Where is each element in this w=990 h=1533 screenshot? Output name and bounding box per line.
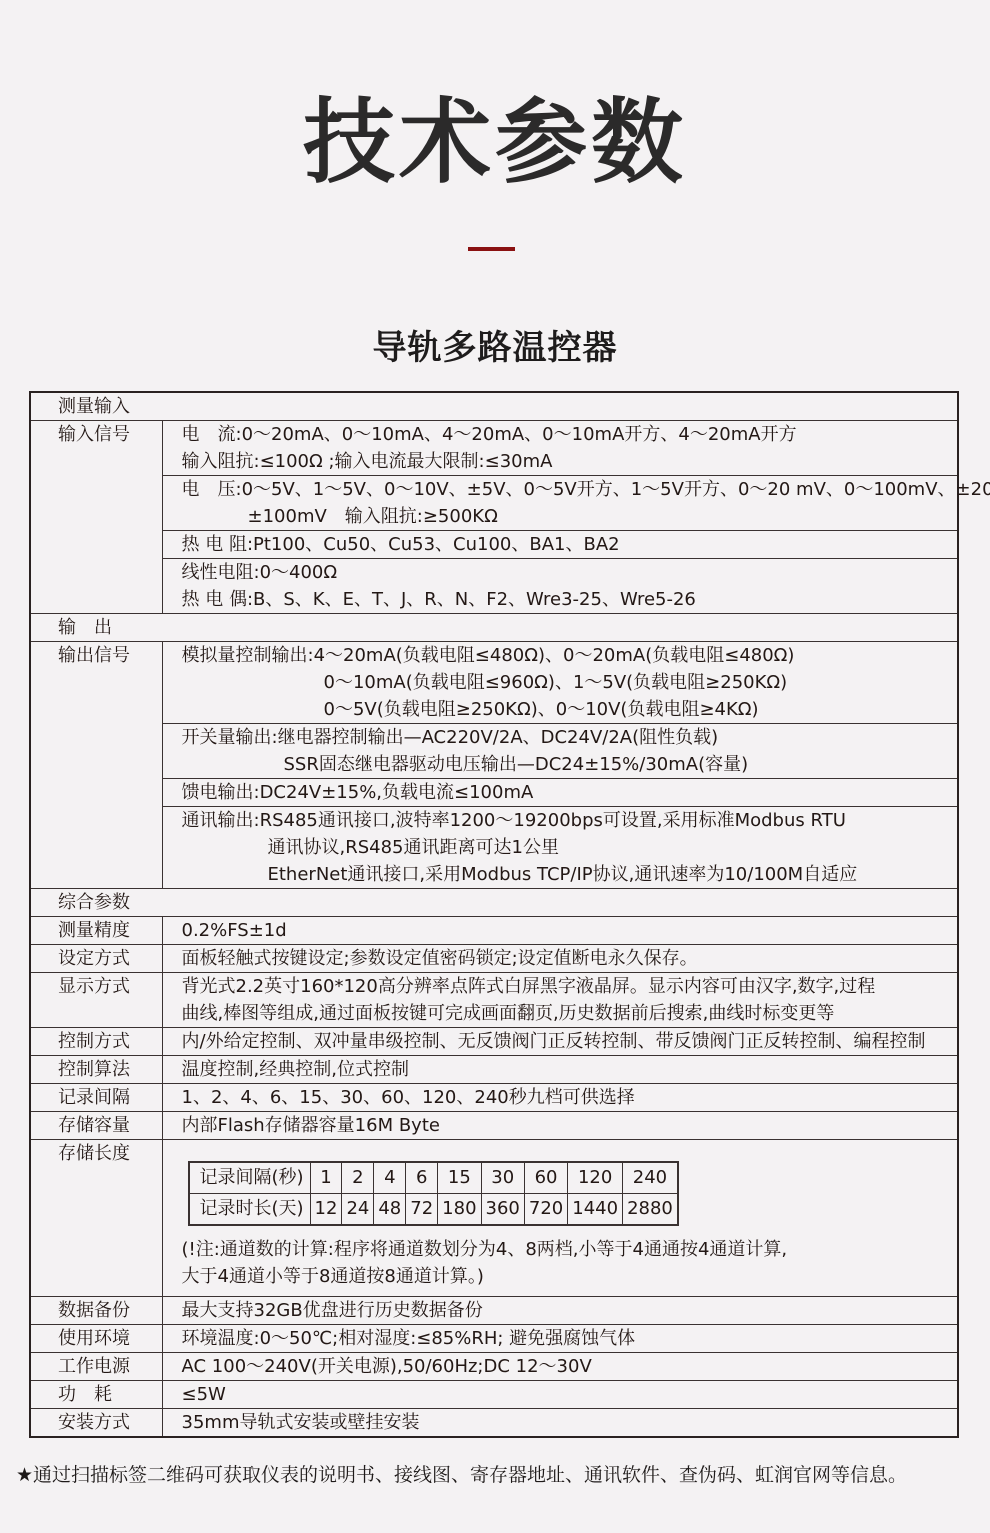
- table-cell: 24: [342, 1194, 374, 1226]
- spec-row-storage-length: 存储长度 记录间隔(秒) 1 2 4 6 15 30 60 120 240 记录…: [30, 1140, 958, 1297]
- spec-row-storage-capacity: 存储容量 内部Flash存储器容量16M Byte: [30, 1112, 958, 1140]
- row-label: 数据备份: [30, 1297, 162, 1325]
- row-value: 1、2、4、6、15、30、60、120、240秒九档可供选择: [162, 1084, 958, 1112]
- table-cell: 360: [481, 1194, 524, 1226]
- row-value: 内部Flash存储器容量16M Byte: [162, 1112, 958, 1140]
- row-label: 设定方式: [30, 945, 162, 973]
- footer-note: ★通过扫描标签二维码可获取仪表的说明书、接线图、寄存器地址、通讯软件、查伪码、虹…: [16, 1460, 990, 1490]
- spec-row-accuracy: 测量精度 0.2%FS±1d: [30, 917, 958, 945]
- page-title: 技术参数: [0, 88, 990, 198]
- section-row-input: 测量输入: [30, 392, 958, 421]
- table-cell: 15: [438, 1162, 481, 1194]
- row-value: AC 100～240V(开关电源),50/60Hz;DC 12～30V: [162, 1353, 958, 1381]
- channel-note: (!注:通道数的计算:程序将通道数划分为4、8两档,小等于4通通按4通道计算, …: [163, 1226, 958, 1296]
- interval-row: 记录间隔(秒) 1 2 4 6 15 30 60 120 240: [189, 1162, 678, 1194]
- output-switch: 开关量输出:继电器控制输出—AC220V/2A、DC24V/2A(阻性负载) S…: [163, 723, 958, 778]
- table-cell: 1: [310, 1162, 342, 1194]
- row-label: 输入信号: [30, 421, 162, 614]
- row-label: 存储长度: [30, 1140, 162, 1297]
- row-value: 背光式2.2英寸160*120高分辨率点阵式白屏黑字液晶屏。显示内容可由汉字,数…: [162, 973, 958, 1028]
- output-comm: 通讯输出:RS485通讯接口,波特率1200～19200bps可设置,采用标准M…: [163, 806, 958, 888]
- text-line: 热 电 阻:Pt100、Cu50、Cu53、Cu100、BA1、BA2: [182, 531, 958, 558]
- spec-row-record-interval: 记录间隔 1、2、4、6、15、30、60、120、240秒九档可供选择: [30, 1084, 958, 1112]
- text-line: 输入阻抗:≤100Ω ;输入电流最大限制:≤30mA: [182, 448, 958, 475]
- text-line: 电 压:0～5V、1～5V、0～10V、±5V、0～5V开方、1～5V开方、0～…: [182, 476, 958, 503]
- section-heading: 综合参数: [30, 889, 958, 917]
- input-linear-thermocouple: 线性电阻:0～400Ω 热 电 偶:B、S、K、E、T、J、R、N、F2、Wre…: [163, 558, 958, 613]
- spec-row-control-algorithm: 控制算法 温度控制,经典控制,位式控制: [30, 1056, 958, 1084]
- row-label: 工作电源: [30, 1353, 162, 1381]
- text-line: 0～5V(负载电阻≥250KΩ)、0～10V(负载电阻≥4KΩ): [182, 696, 958, 723]
- row-value: 模拟量控制输出:4～20mA(负载电阻≤480Ω)、0～20mA(负载电阻≤48…: [162, 642, 958, 889]
- product-name: 导轨多路温控器: [0, 323, 990, 373]
- text-line: 背光式2.2英寸160*120高分辨率点阵式白屏黑字液晶屏。显示内容可由汉字,数…: [182, 973, 958, 1000]
- spec-row-power-consumption: 功 耗 ≤5W: [30, 1381, 958, 1409]
- text-line: 通讯输出:RS485通讯接口,波特率1200～19200bps可设置,采用标准M…: [182, 807, 958, 834]
- row-label: 控制方式: [30, 1028, 162, 1056]
- row-value: 内/外给定控制、双冲量串级控制、无反馈阀门正反转控制、带反馈阀门正反转控制、编程…: [162, 1028, 958, 1056]
- text-line: 曲线,棒图等组成,通过面板按键可完成画面翻页,历史数据前后搜索,曲线时标变更等: [182, 1000, 958, 1027]
- output-feed: 馈电输出:DC24V±15%,负载电流≤100mA: [163, 778, 958, 806]
- table-cell: 6: [406, 1162, 438, 1194]
- title-divider: [468, 247, 515, 251]
- spec-row-setting-method: 设定方式 面板轻触式按键设定;参数设定值密码锁定;设定值断电永久保存。: [30, 945, 958, 973]
- table-cell: 2880: [623, 1194, 678, 1226]
- row-label: 存储容量: [30, 1112, 162, 1140]
- table-cell: 180: [438, 1194, 481, 1226]
- output-analog: 模拟量控制输出:4～20mA(负载电阻≤480Ω)、0～20mA(负载电阻≤48…: [163, 642, 958, 723]
- table-row-header: 记录时长(天): [189, 1194, 311, 1226]
- text-line: 热 电 偶:B、S、K、E、T、J、R、N、F2、Wre3-25、Wre5-26: [182, 586, 958, 613]
- row-label: 使用环境: [30, 1325, 162, 1353]
- row-label: 功 耗: [30, 1381, 162, 1409]
- table-cell: 30: [481, 1162, 524, 1194]
- row-value: 温度控制,经典控制,位式控制: [162, 1056, 958, 1084]
- table-row-header: 记录间隔(秒): [189, 1162, 311, 1194]
- spec-row-display-method: 显示方式 背光式2.2英寸160*120高分辨率点阵式白屏黑字液晶屏。显示内容可…: [30, 973, 958, 1028]
- row-label: 控制算法: [30, 1056, 162, 1084]
- text-line: 开关量输出:继电器控制输出—AC220V/2A、DC24V/2A(阻性负载): [182, 724, 958, 751]
- table-cell: 1440: [568, 1194, 623, 1226]
- spec-row-power-supply: 工作电源 AC 100～240V(开关电源),50/60Hz;DC 12～30V: [30, 1353, 958, 1381]
- row-value: 环境温度:0～50℃;相对湿度:≤85%RH; 避免强腐蚀气体: [162, 1325, 958, 1353]
- text-line: 馈电输出:DC24V±15%,负载电流≤100mA: [182, 779, 958, 806]
- spec-row-environment: 使用环境 环境温度:0～50℃;相对湿度:≤85%RH; 避免强腐蚀气体: [30, 1325, 958, 1353]
- text-line: 大于4通道小等于8通道按8通道计算。): [182, 1263, 958, 1290]
- table-cell: 48: [374, 1194, 406, 1226]
- storage-length-table: 记录间隔(秒) 1 2 4 6 15 30 60 120 240 记录时长(天)…: [188, 1161, 679, 1226]
- row-value: 0.2%FS±1d: [162, 917, 958, 945]
- section-row-output: 输 出: [30, 614, 958, 642]
- section-heading: 测量输入: [30, 392, 958, 421]
- text-line: ±100mV 输入阻抗:≥500KΩ: [182, 503, 958, 530]
- spec-row-data-backup: 数据备份 最大支持32GB优盘进行历史数据备份: [30, 1297, 958, 1325]
- row-label: 测量精度: [30, 917, 162, 945]
- row-value: 最大支持32GB优盘进行历史数据备份: [162, 1297, 958, 1325]
- row-value: 记录间隔(秒) 1 2 4 6 15 30 60 120 240 记录时长(天)…: [162, 1140, 958, 1297]
- spec-row-output-signal: 输出信号 模拟量控制输出:4～20mA(负载电阻≤480Ω)、0～20mA(负载…: [30, 642, 958, 889]
- spec-row-control-method: 控制方式 内/外给定控制、双冲量串级控制、无反馈阀门正反转控制、带反馈阀门正反转…: [30, 1028, 958, 1056]
- row-label: 显示方式: [30, 973, 162, 1028]
- table-cell: 4: [374, 1162, 406, 1194]
- row-label: 安装方式: [30, 1409, 162, 1438]
- input-rtd: 热 电 阻:Pt100、Cu50、Cu53、Cu100、BA1、BA2: [163, 530, 958, 558]
- section-row-general: 综合参数: [30, 889, 958, 917]
- table-cell: 240: [623, 1162, 678, 1194]
- section-heading: 输 出: [30, 614, 958, 642]
- row-value: ≤5W: [162, 1381, 958, 1409]
- text-line: EtherNet通讯接口,采用Modbus TCP/IP协议,通讯速率为10/1…: [182, 861, 958, 888]
- text-line: (!注:通道数的计算:程序将通道数划分为4、8两档,小等于4通通按4通道计算,: [182, 1236, 958, 1263]
- input-voltage: 电 压:0～5V、1～5V、0～10V、±5V、0～5V开方、1～5V开方、0～…: [163, 475, 958, 530]
- table-cell: 120: [568, 1162, 623, 1194]
- row-label: 输出信号: [30, 642, 162, 889]
- text-line: 通讯协议,RS485通讯距离可达1公里: [182, 834, 958, 861]
- table-cell: 72: [406, 1194, 438, 1226]
- table-cell: 12: [310, 1194, 342, 1226]
- table-cell: 60: [524, 1162, 567, 1194]
- text-line: 0～10mA(负载电阻≤960Ω)、1～5V(负载电阻≥250KΩ): [182, 669, 958, 696]
- spec-table: 测量输入 输入信号 电 流:0～20mA、0～10mA、4～20mA、0～10m…: [29, 391, 959, 1438]
- text-line: SSR固态继电器驱动电压输出—DC24±15%/30mA(容量): [182, 751, 958, 778]
- spec-row-installation: 安装方式 35mm导轨式安装或壁挂安装: [30, 1409, 958, 1438]
- duration-row: 记录时长(天) 12 24 48 72 180 360 720 1440 288…: [189, 1194, 678, 1226]
- row-value: 面板轻触式按键设定;参数设定值密码锁定;设定值断电永久保存。: [162, 945, 958, 973]
- table-cell: 2: [342, 1162, 374, 1194]
- input-current: 电 流:0～20mA、0～10mA、4～20mA、0～10mA开方、4～20mA…: [163, 421, 958, 475]
- table-cell: 720: [524, 1194, 567, 1226]
- row-value: 电 流:0～20mA、0～10mA、4～20mA、0～10mA开方、4～20mA…: [162, 421, 958, 614]
- row-label: 记录间隔: [30, 1084, 162, 1112]
- spec-row-input-signal: 输入信号 电 流:0～20mA、0～10mA、4～20mA、0～10mA开方、4…: [30, 421, 958, 614]
- text-line: 线性电阻:0～400Ω: [182, 559, 958, 586]
- text-line: 模拟量控制输出:4～20mA(负载电阻≤480Ω)、0～20mA(负载电阻≤48…: [182, 642, 958, 669]
- text-line: 电 流:0～20mA、0～10mA、4～20mA、0～10mA开方、4～20mA…: [182, 421, 958, 448]
- row-value: 35mm导轨式安装或壁挂安装: [162, 1409, 958, 1438]
